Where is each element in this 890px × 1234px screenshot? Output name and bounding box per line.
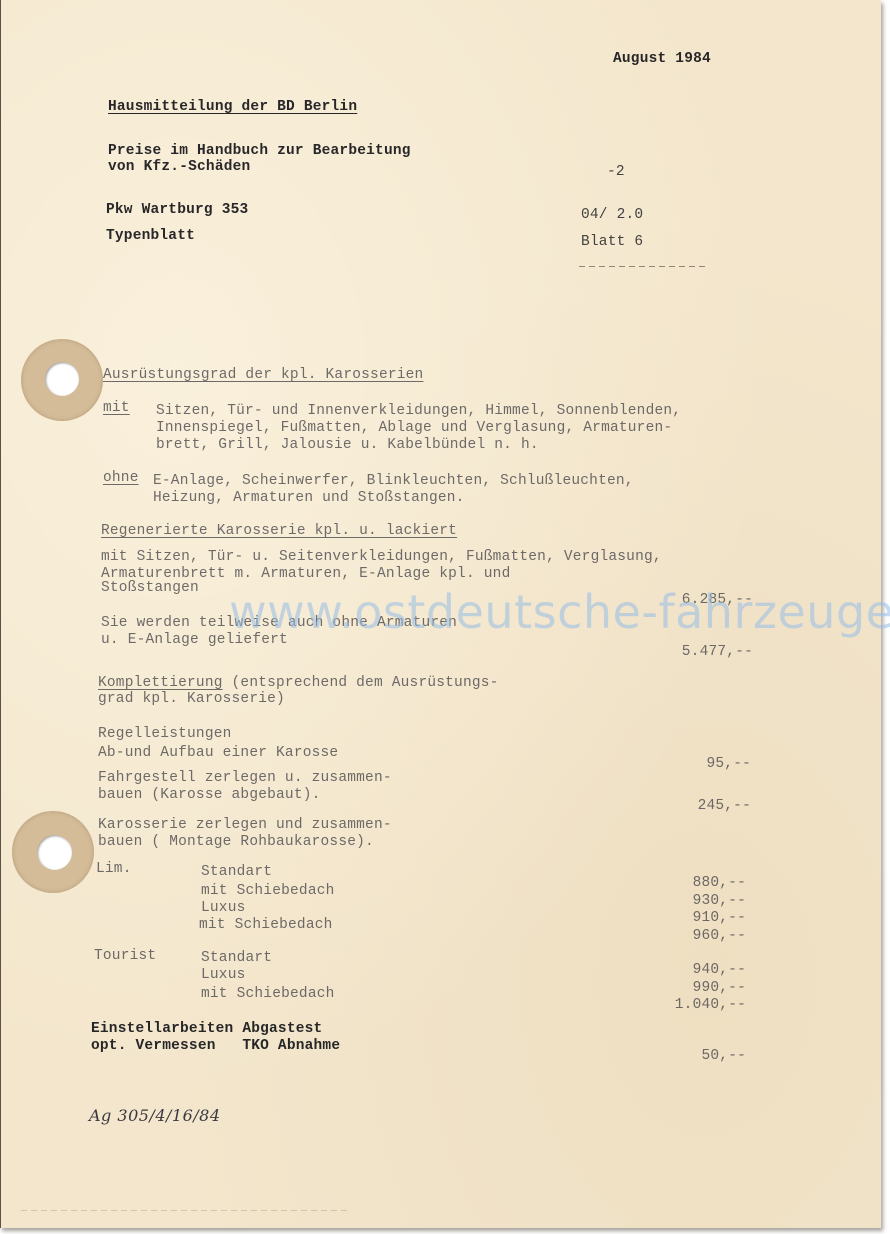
completion-item-1-line-1: Regelleistungen bbox=[98, 726, 232, 742]
completion-heading: Komplettierung bbox=[98, 675, 223, 691]
completion-heading-rest: (entsprechend dem Ausrüstungs- bbox=[223, 675, 499, 691]
completion-heading-line-2: grad kpl. Karosserie) bbox=[98, 691, 285, 707]
tourist-row-2: Luxus bbox=[201, 967, 246, 983]
tourist-row-3: mit Schiebedach bbox=[201, 986, 335, 1002]
regenerated-line-1: mit Sitzen, Tür- u. Seitenverkleidungen,… bbox=[101, 549, 662, 565]
completion-item-1-line-2: Ab-und Aufbau einer Karosse bbox=[98, 745, 338, 761]
regenerated-line-3: Stoßstangen bbox=[101, 580, 199, 596]
completion-heading-line: Komplettierung (entsprechend dem Ausrüst… bbox=[98, 675, 499, 691]
adjustment-line-2: opt. Vermessen TKO Abnahme bbox=[91, 1038, 340, 1054]
completion-item-1-price: 95,-- bbox=[641, 756, 751, 772]
group-label-tourist: Tourist bbox=[94, 948, 156, 964]
ohne-line-2: Heizung, Armaturen und Stoßstangen. bbox=[153, 490, 465, 506]
tourist-price-2: 990,-- bbox=[636, 980, 746, 996]
bottom-faint-line bbox=[21, 1210, 351, 1211]
tourist-price-1: 940,-- bbox=[636, 962, 746, 978]
regenerated-heading: Regenerierte Karosserie kpl. u. lackiert bbox=[101, 523, 457, 539]
lim-row-2: mit Schiebedach bbox=[201, 883, 335, 899]
lim-row-1: Standart bbox=[201, 864, 272, 880]
completion-item-3-line-2: bauen ( Montage Rohbaukarosse). bbox=[98, 834, 374, 850]
header-divider bbox=[579, 266, 709, 267]
document-page: August 1984 Hausmitteilung der BD Berlin… bbox=[0, 0, 881, 1228]
completion-item-2-line-1: Fahrgestell zerlegen u. zusammen- bbox=[98, 770, 392, 786]
punch-hole-bottom bbox=[37, 835, 72, 870]
adjustment-price: 50,-- bbox=[636, 1048, 746, 1064]
completion-item-3-line-1: Karosserie zerlegen und zusammen- bbox=[98, 817, 392, 833]
completion-item-2-line-2: bauen (Karosse abgebaut). bbox=[98, 787, 321, 803]
website-watermark: www.ostdeutsche-fahrzeuge.de bbox=[229, 585, 890, 639]
mit-line-1: Sitzen, Tür- und Innenverkleidungen, Him… bbox=[156, 403, 681, 419]
group-label-lim: Lim. bbox=[96, 861, 132, 877]
ohne-line-1: E-Anlage, Scheinwerfer, Blinkleuchten, S… bbox=[153, 473, 634, 489]
lim-row-4: mit Schiebedach bbox=[199, 917, 333, 933]
lim-price-3: 910,-- bbox=[636, 910, 746, 926]
subtitle-line-2: von Kfz.-Schäden bbox=[108, 159, 250, 175]
document-code: 04/ 2.0 bbox=[581, 207, 643, 223]
mit-label: mit bbox=[103, 400, 130, 416]
vehicle-model: Pkw Wartburg 353 bbox=[106, 202, 248, 218]
lim-price-4: 960,-- bbox=[636, 928, 746, 944]
tourist-price-3: 1.040,-- bbox=[636, 997, 746, 1013]
equipment-heading: Ausrüstungsgrad der kpl. Karosserien bbox=[103, 367, 423, 383]
punch-hole-top bbox=[45, 362, 79, 396]
mit-line-3: brett, Grill, Jalousie u. Kabelbündel n.… bbox=[156, 437, 539, 453]
lim-row-3: Luxus bbox=[201, 900, 246, 916]
document-title: Hausmitteilung der BD Berlin bbox=[108, 99, 357, 115]
sheet-number: Blatt 6 bbox=[581, 234, 643, 250]
subtitle-line-1: Preise im Handbuch zur Bearbeitung bbox=[108, 143, 411, 159]
lim-price-1: 880,-- bbox=[636, 875, 746, 891]
adjustment-line-1: Einstellarbeiten Abgastest bbox=[91, 1021, 322, 1037]
lim-price-2: 930,-- bbox=[636, 893, 746, 909]
regenerated-alt-price: 5.477,-- bbox=[643, 644, 753, 660]
ohne-label: ohne bbox=[103, 470, 139, 486]
sheet-type: Typenblatt bbox=[106, 228, 195, 244]
mit-line-2: Innenspiegel, Fußmatten, Ablage und Verg… bbox=[156, 420, 672, 436]
handwritten-reference-note: Ag 305/4/16/84 bbox=[89, 1106, 221, 1125]
page-mark: -2 bbox=[607, 164, 625, 180]
tourist-row-1: Standart bbox=[201, 950, 272, 966]
document-date: August 1984 bbox=[613, 51, 711, 67]
completion-item-2-price: 245,-- bbox=[641, 798, 751, 814]
